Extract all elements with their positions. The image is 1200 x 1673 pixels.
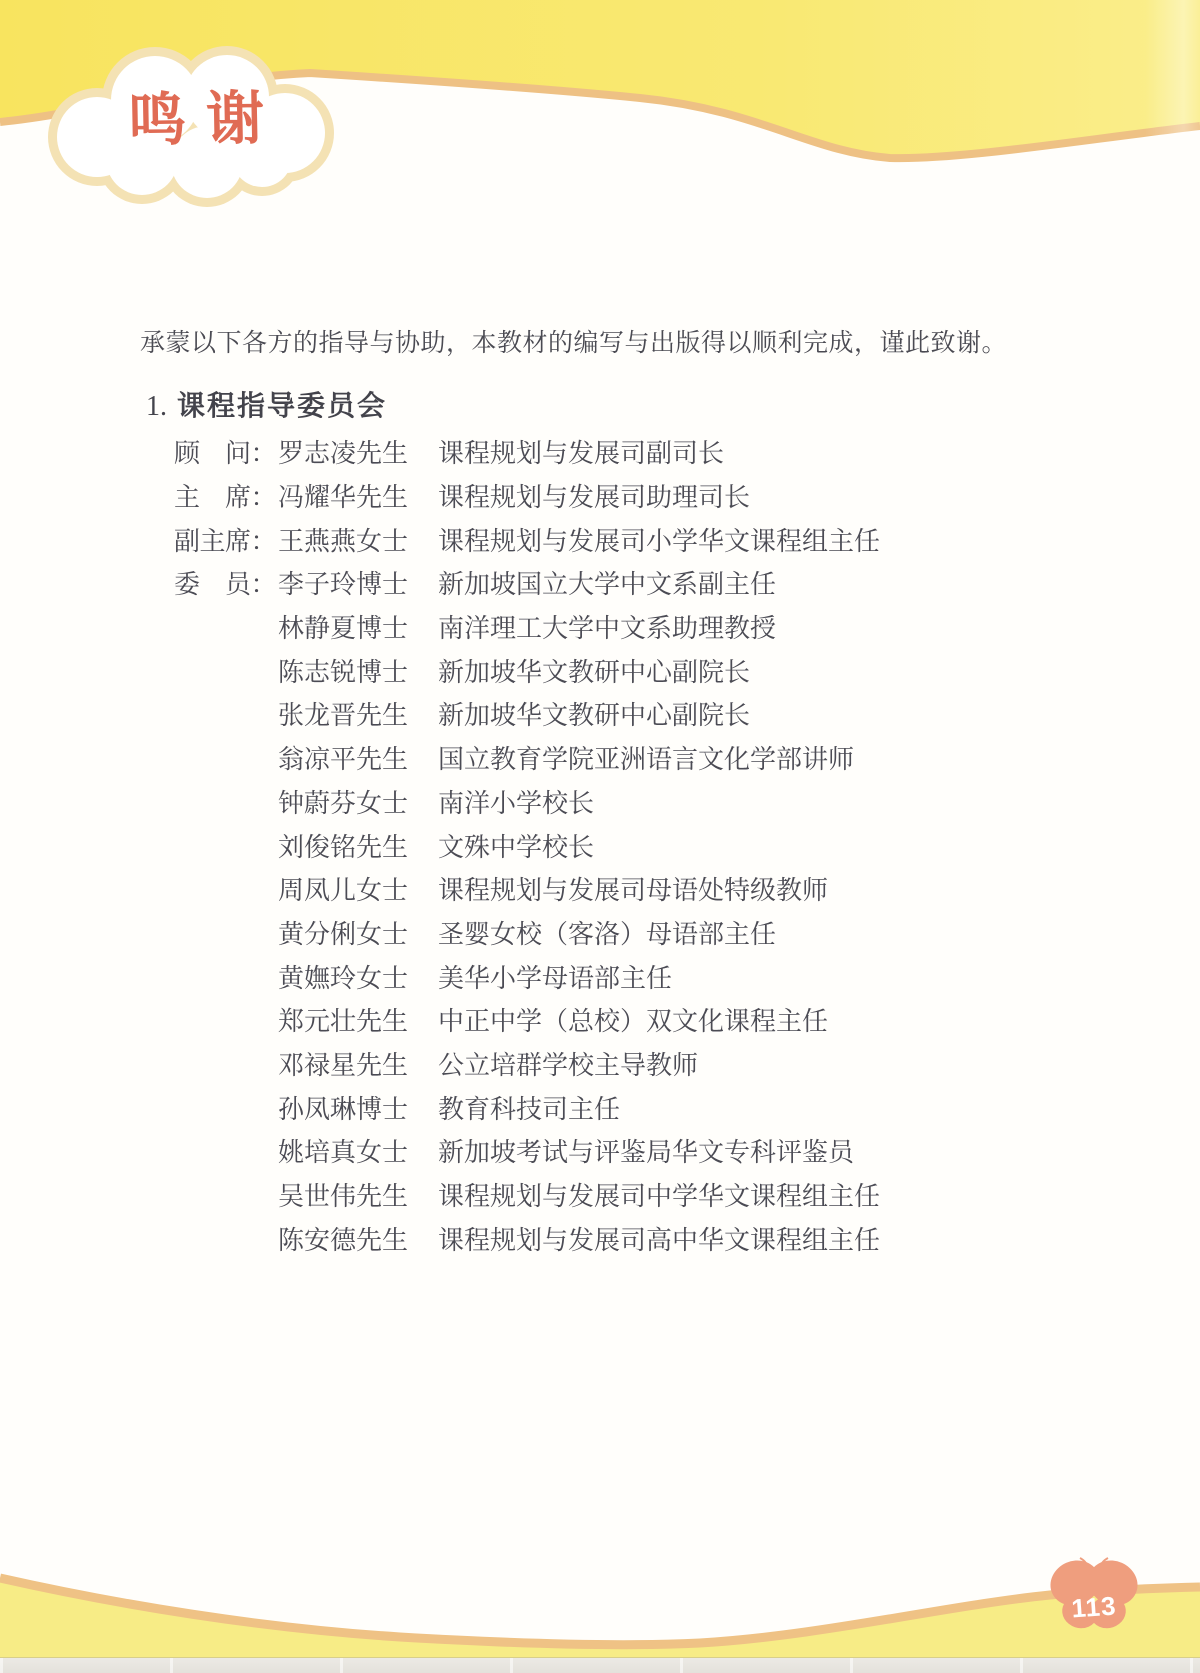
row-title: 新加坡国立大学中文系副主任	[438, 564, 1134, 601]
row-role: 顾 问：	[174, 433, 278, 470]
row-name: 孙凤琳博士	[278, 1089, 438, 1126]
row-title: 课程规划与发展司中学华文课程组主任	[438, 1176, 1134, 1213]
row-role: 副主席：	[174, 521, 278, 558]
committee-row: 吴世伟先生 课程规划与发展司中学华文课程组主任	[174, 1173, 1134, 1217]
committee-row: 林静夏博士 南洋理工大学中文系助理教授	[174, 605, 1134, 649]
committee-row: 黄分俐女士 圣婴女校（客洛）母语部主任	[174, 911, 1134, 955]
row-title: 圣婴女校（客洛）母语部主任	[438, 914, 1134, 951]
committee-row: 张龙晋先生 新加坡华文教研中心副院长	[174, 692, 1134, 736]
row-name: 黄分俐女士	[278, 914, 438, 951]
section-number: 1.	[146, 391, 167, 423]
section-heading: 1. 课程指导委员会	[146, 384, 387, 424]
row-title: 课程规划与发展司副司长	[438, 433, 1134, 470]
row-name: 姚培真女士	[278, 1132, 438, 1169]
committee-row: 姚培真女士 新加坡考试与评鉴局华文专科评鉴员	[174, 1129, 1134, 1173]
row-name: 周凤儿女士	[278, 870, 438, 907]
row-title: 中正中学（总校）双文化课程主任	[438, 1001, 1134, 1038]
row-title: 南洋小学校长	[438, 783, 1134, 820]
row-name: 邓禄星先生	[278, 1045, 438, 1082]
row-name: 陈志锐博士	[278, 652, 438, 689]
committee-row: 翁凉平先生 国立教育学院亚洲语言文化学部讲师	[174, 736, 1134, 780]
book-edge	[0, 1658, 1200, 1673]
row-name: 王燕燕女士	[278, 521, 438, 558]
row-title: 课程规划与发展司助理司长	[438, 477, 1134, 514]
acknowledgements-page: 鸣谢 承蒙以下各方的指导与协助，本教材的编写与出版得以顺利完成，谨此致谢。 1.…	[0, 0, 1200, 1673]
committee-row: 陈安德先生 课程规划与发展司高中华文课程组主任	[174, 1216, 1134, 1260]
bottom-wave-decoration	[0, 1540, 1200, 1673]
row-name: 罗志凌先生	[278, 433, 438, 470]
committee-row: 顾 问： 罗志凌先生 课程规划与发展司副司长	[174, 430, 1134, 474]
row-name: 吴世伟先生	[278, 1176, 438, 1213]
row-title: 课程规划与发展司小学华文课程组主任	[438, 521, 1134, 558]
row-title: 文殊中学校长	[438, 827, 1134, 864]
row-name: 郑元壮先生	[278, 1001, 438, 1038]
row-title: 南洋理工大学中文系助理教授	[438, 608, 1134, 645]
row-name: 李子玲博士	[278, 564, 438, 601]
committee-row: 委 员： 李子玲博士 新加坡国立大学中文系副主任	[174, 561, 1134, 605]
row-title: 美华小学母语部主任	[438, 958, 1134, 995]
committee-row: 主 席： 冯耀华先生 课程规划与发展司助理司长	[174, 474, 1134, 518]
row-title: 教育科技司主任	[438, 1089, 1134, 1126]
intro-paragraph: 承蒙以下各方的指导与协助，本教材的编写与出版得以顺利完成，谨此致谢。	[140, 328, 1007, 361]
row-title: 新加坡华文教研中心副院长	[438, 695, 1134, 732]
committee-row: 孙凤琳博士 教育科技司主任	[174, 1085, 1134, 1129]
committee-row: 邓禄星先生 公立培群学校主导教师	[174, 1042, 1134, 1086]
row-role: 主 席：	[174, 477, 278, 514]
row-role: 委 员：	[174, 564, 278, 601]
row-name: 林静夏博士	[278, 608, 438, 645]
row-title: 新加坡华文教研中心副院长	[438, 652, 1134, 689]
row-title: 新加坡考试与评鉴局华文专科评鉴员	[438, 1132, 1134, 1169]
committee-row: 副主席： 王燕燕女士 课程规划与发展司小学华文课程组主任	[174, 517, 1134, 561]
row-name: 刘俊铭先生	[278, 827, 438, 864]
section-heading-text: 课程指导委员会	[177, 384, 387, 424]
row-name: 冯耀华先生	[278, 477, 438, 514]
row-name: 钟蔚芬女士	[278, 783, 438, 820]
row-name: 陈安德先生	[278, 1220, 438, 1257]
page-title: 鸣谢	[127, 87, 284, 154]
committee-row: 钟蔚芬女士 南洋小学校长	[174, 780, 1134, 824]
committee-row: 周凤儿女士 课程规划与发展司母语处特级教师	[174, 867, 1134, 911]
row-name: 张龙晋先生	[278, 695, 438, 732]
row-title: 公立培群学校主导教师	[438, 1045, 1134, 1082]
committee-row: 刘俊铭先生 文殊中学校长	[174, 823, 1134, 867]
committee-row: 黄嫵玲女士 美华小学母语部主任	[174, 954, 1134, 998]
row-title: 课程规划与发展司母语处特级教师	[438, 870, 1134, 907]
row-title: 国立教育学院亚洲语言文化学部讲师	[438, 739, 1134, 776]
row-name: 翁凉平先生	[278, 739, 438, 776]
committee-row: 陈志锐博士 新加坡华文教研中心副院长	[174, 648, 1134, 692]
committee-list: 顾 问： 罗志凌先生 课程规划与发展司副司长 主 席： 冯耀华先生 课程规划与发…	[174, 430, 1134, 1260]
row-title: 课程规划与发展司高中华文课程组主任	[438, 1220, 1134, 1257]
committee-row: 郑元壮先生 中正中学（总校）双文化课程主任	[174, 998, 1134, 1042]
row-name: 黄嫵玲女士	[278, 958, 438, 995]
